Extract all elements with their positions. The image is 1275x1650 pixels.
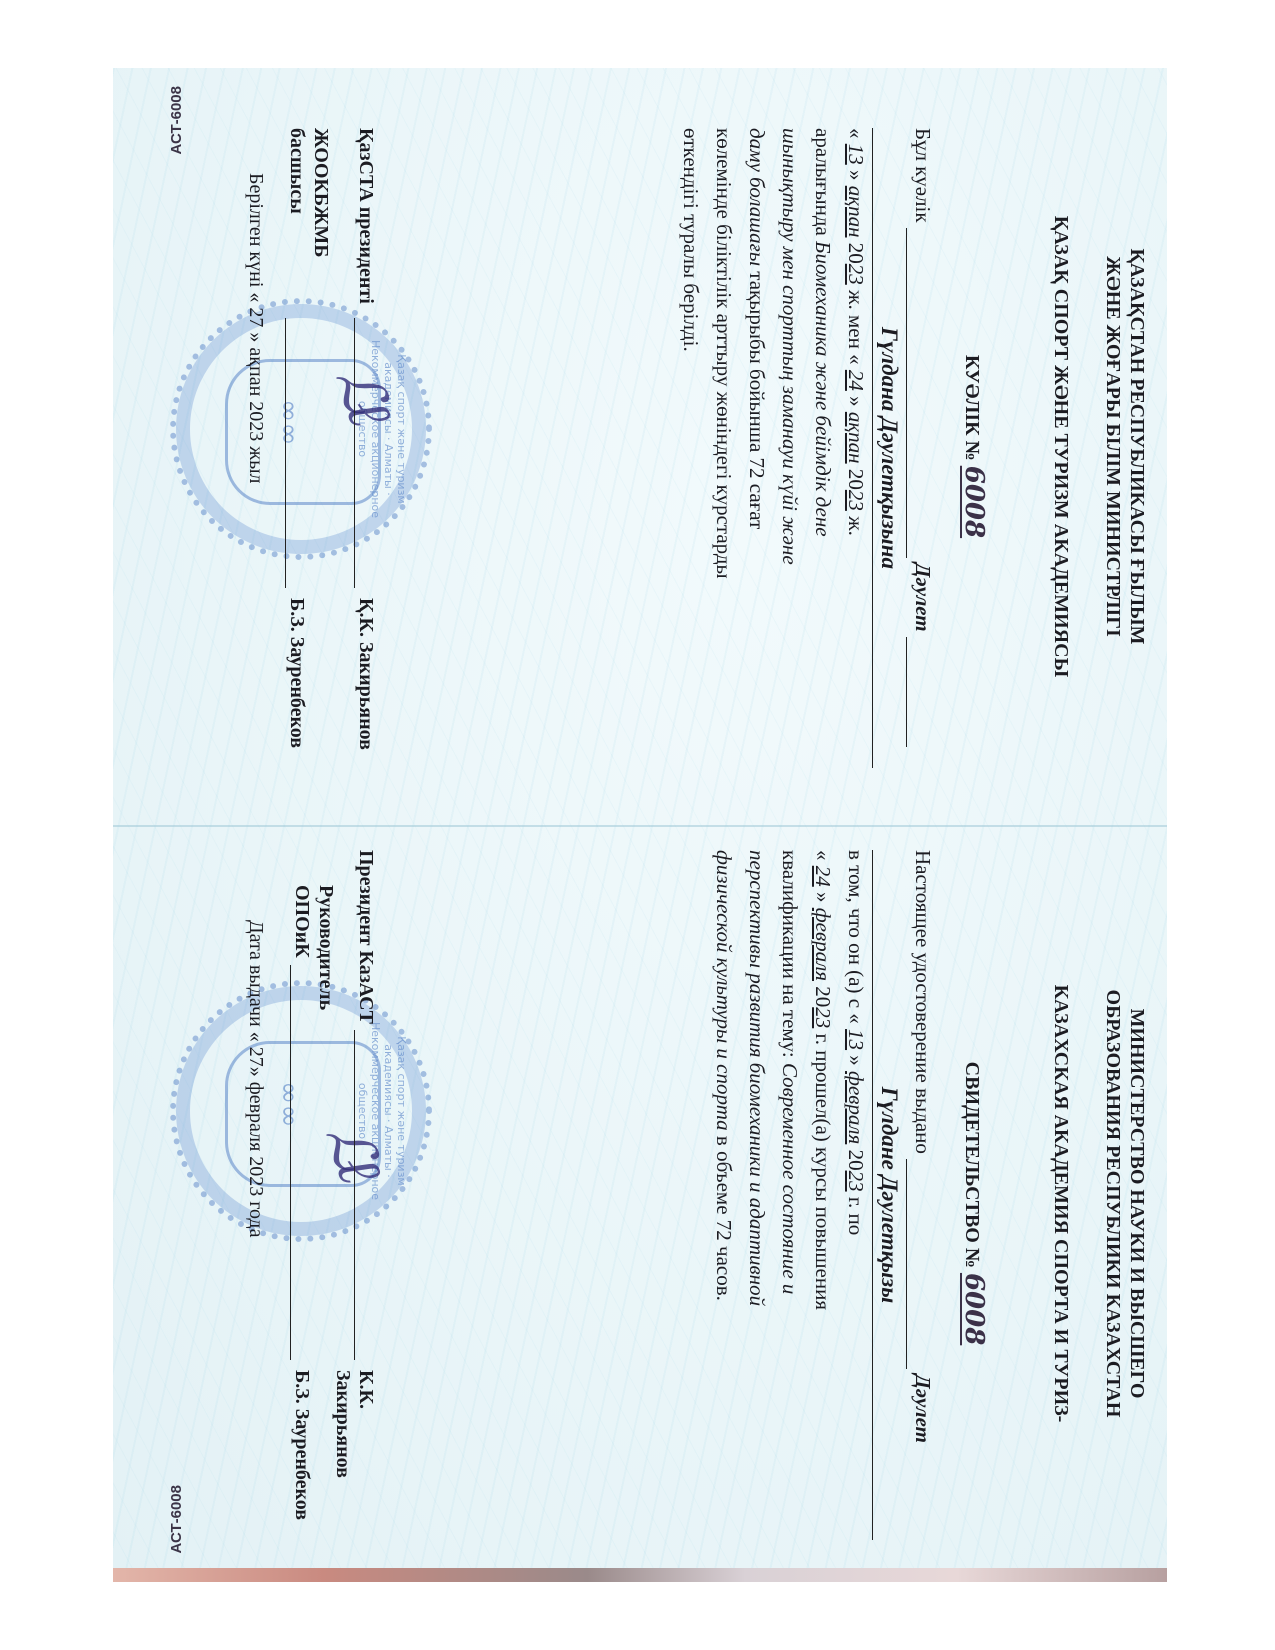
russian-signer-2: Руководитель ОПОиК Б.З. Зауренбеков <box>277 885 337 1545</box>
kazakh-certificate-number: 6008 <box>959 466 989 538</box>
name-blank-rule <box>906 228 929 558</box>
kazakh-name-first: Дәулет <box>911 563 935 632</box>
russian-header: МИНИСТЕРСТВО НАУКИ И ВЫСШЕГО ОБРАЗОВАНИЯ… <box>1049 825 1149 1582</box>
certificate-spread: ҚАЗАҚСТАН РЕСПУБЛИКАСЫ ҒЫЛЫМ ЖӘНЕ ЖОҒАРЫ… <box>113 68 1167 1582</box>
kazakh-from-day: 13 <box>844 144 868 165</box>
kazakh-intro: Бұл куәлік <box>911 128 935 223</box>
russian-body: Настоящее удостоверение выдано Дәулет Гү… <box>707 850 939 1540</box>
kazakh-title-prefix: КУӘЛІК № <box>961 355 983 461</box>
russian-course-topic-2: перспективы развития биомеханики и адапт… <box>740 850 773 1540</box>
russian-name-first: Дәулет <box>911 1374 935 1443</box>
document-photo: ҚАЗАҚСТАН РЕСПУБЛИКАСЫ ҒЫЛЫМ ЖӘНЕ ЖОҒАРЫ… <box>113 68 1167 1582</box>
kazakh-body: Бұл куәлік Дәулет Гүлдана Дәулетқызына «… <box>674 128 939 768</box>
russian-header-line-1: МИНИСТЕРСТВО НАУКИ И ВЫСШЕГО <box>1125 825 1149 1582</box>
photo-bottom-edge <box>113 1568 1167 1582</box>
russian-course-topic-1: Современное состояние и <box>778 1063 802 1294</box>
kazakh-course-topic-2: шынықтыру мен спорттың заманауи күйі жән… <box>773 128 806 768</box>
russian-intro: Настоящее удостоверение выдано <box>911 850 935 1154</box>
russian-dates-line: в том, что он (а) с « 13 » февраля 2023 … <box>839 850 872 1540</box>
kazakh-course-topic-3: даму болашағы <box>745 128 769 266</box>
name-blank-rule <box>906 637 929 747</box>
kazakh-name-full: Гүлдана Дәулетқызына <box>872 128 906 768</box>
russian-name-full: Гүлдане Дәулетқызы <box>872 850 906 1540</box>
russian-to-day: 24 <box>811 866 835 887</box>
russian-issue-date: Дата выдачи « 27» февраля 2023 года <box>244 920 267 1237</box>
kazakh-issue-date: Берілген күні « 27 » ақпан 2023 жыл <box>244 173 267 484</box>
kazakh-panel: ҚАЗАҚСТАН РЕСПУБЛИКАСЫ ҒЫЛЫМ ЖӘНЕ ЖОҒАРЫ… <box>113 68 1167 825</box>
russian-from-month: февраля <box>844 1071 868 1144</box>
russian-certificate-number: 6008 <box>959 1273 989 1345</box>
kazakh-header: ҚАЗАҚСТАН РЕСПУБЛИКАСЫ ҒЫЛЫМ ЖӘНЕ ЖОҒАРЫ… <box>1049 68 1149 825</box>
russian-signer-1: Президент КазАСТ К.К. Закирьянов <box>337 850 377 1510</box>
russian-title: СВИДЕТЕЛЬСТВО № 6008 <box>959 825 989 1582</box>
russian-header-line-2: ОБРАЗОВАНИЯ РЕСПУБЛИКИ КАЗАХСТАН <box>1101 825 1125 1582</box>
kazakh-to-day: 24 <box>844 370 868 391</box>
russian-title-prefix: СВИДЕТЕЛЬСТВО № <box>961 1062 983 1268</box>
kazakh-signer-2: ЖООКБЖМБ басшысы Б.З. Зауренбеков <box>272 128 332 788</box>
kazakh-header-line-2: ЖӘНЕ ЖОҒАРЫ БІЛІМ МИНИСТРЛІГІ <box>1101 68 1125 825</box>
kazakh-form-code: АСТ-6008 <box>168 86 185 154</box>
kazakh-to-month: ақпан <box>844 412 868 464</box>
russian-to-month: февраля <box>811 908 835 981</box>
kazakh-from-month: ақпан <box>844 186 868 238</box>
kazakh-signer-1: ҚазСТА президенті Қ.К. Закирьянов <box>337 128 377 788</box>
russian-from-day: 13 <box>844 1029 868 1050</box>
kazakh-course-topic-1: Биомеханика және бейімдік дене <box>811 241 835 536</box>
russian-form-code: АСТ-6008 <box>168 1485 185 1553</box>
russian-panel: МИНИСТЕРСТВО НАУКИ И ВЫСШЕГО ОБРАЗОВАНИЯ… <box>113 825 1167 1582</box>
kazakh-title: КУӘЛІК № 6008 <box>959 68 989 825</box>
russian-header-line-3: КАЗАХСКАЯ АКАДЕМИЯ СПОРТА И ТУРИЗ- <box>1049 825 1073 1582</box>
kazakh-header-line-3: ҚАЗАҚ СПОРТ ЖӘНЕ ТУРИЗМ АКАДЕМИЯСЫ <box>1049 68 1073 825</box>
russian-course-topic-3: физической культуры и спорта <box>712 850 736 1131</box>
kazakh-dates-line: « 13 » ақпан 2023 ж. мен « 24 » ақпан 20… <box>839 128 872 768</box>
kazakh-header-line-1: ҚАЗАҚСТАН РЕСПУБЛИКАСЫ ҒЫЛЫМ <box>1125 68 1149 825</box>
